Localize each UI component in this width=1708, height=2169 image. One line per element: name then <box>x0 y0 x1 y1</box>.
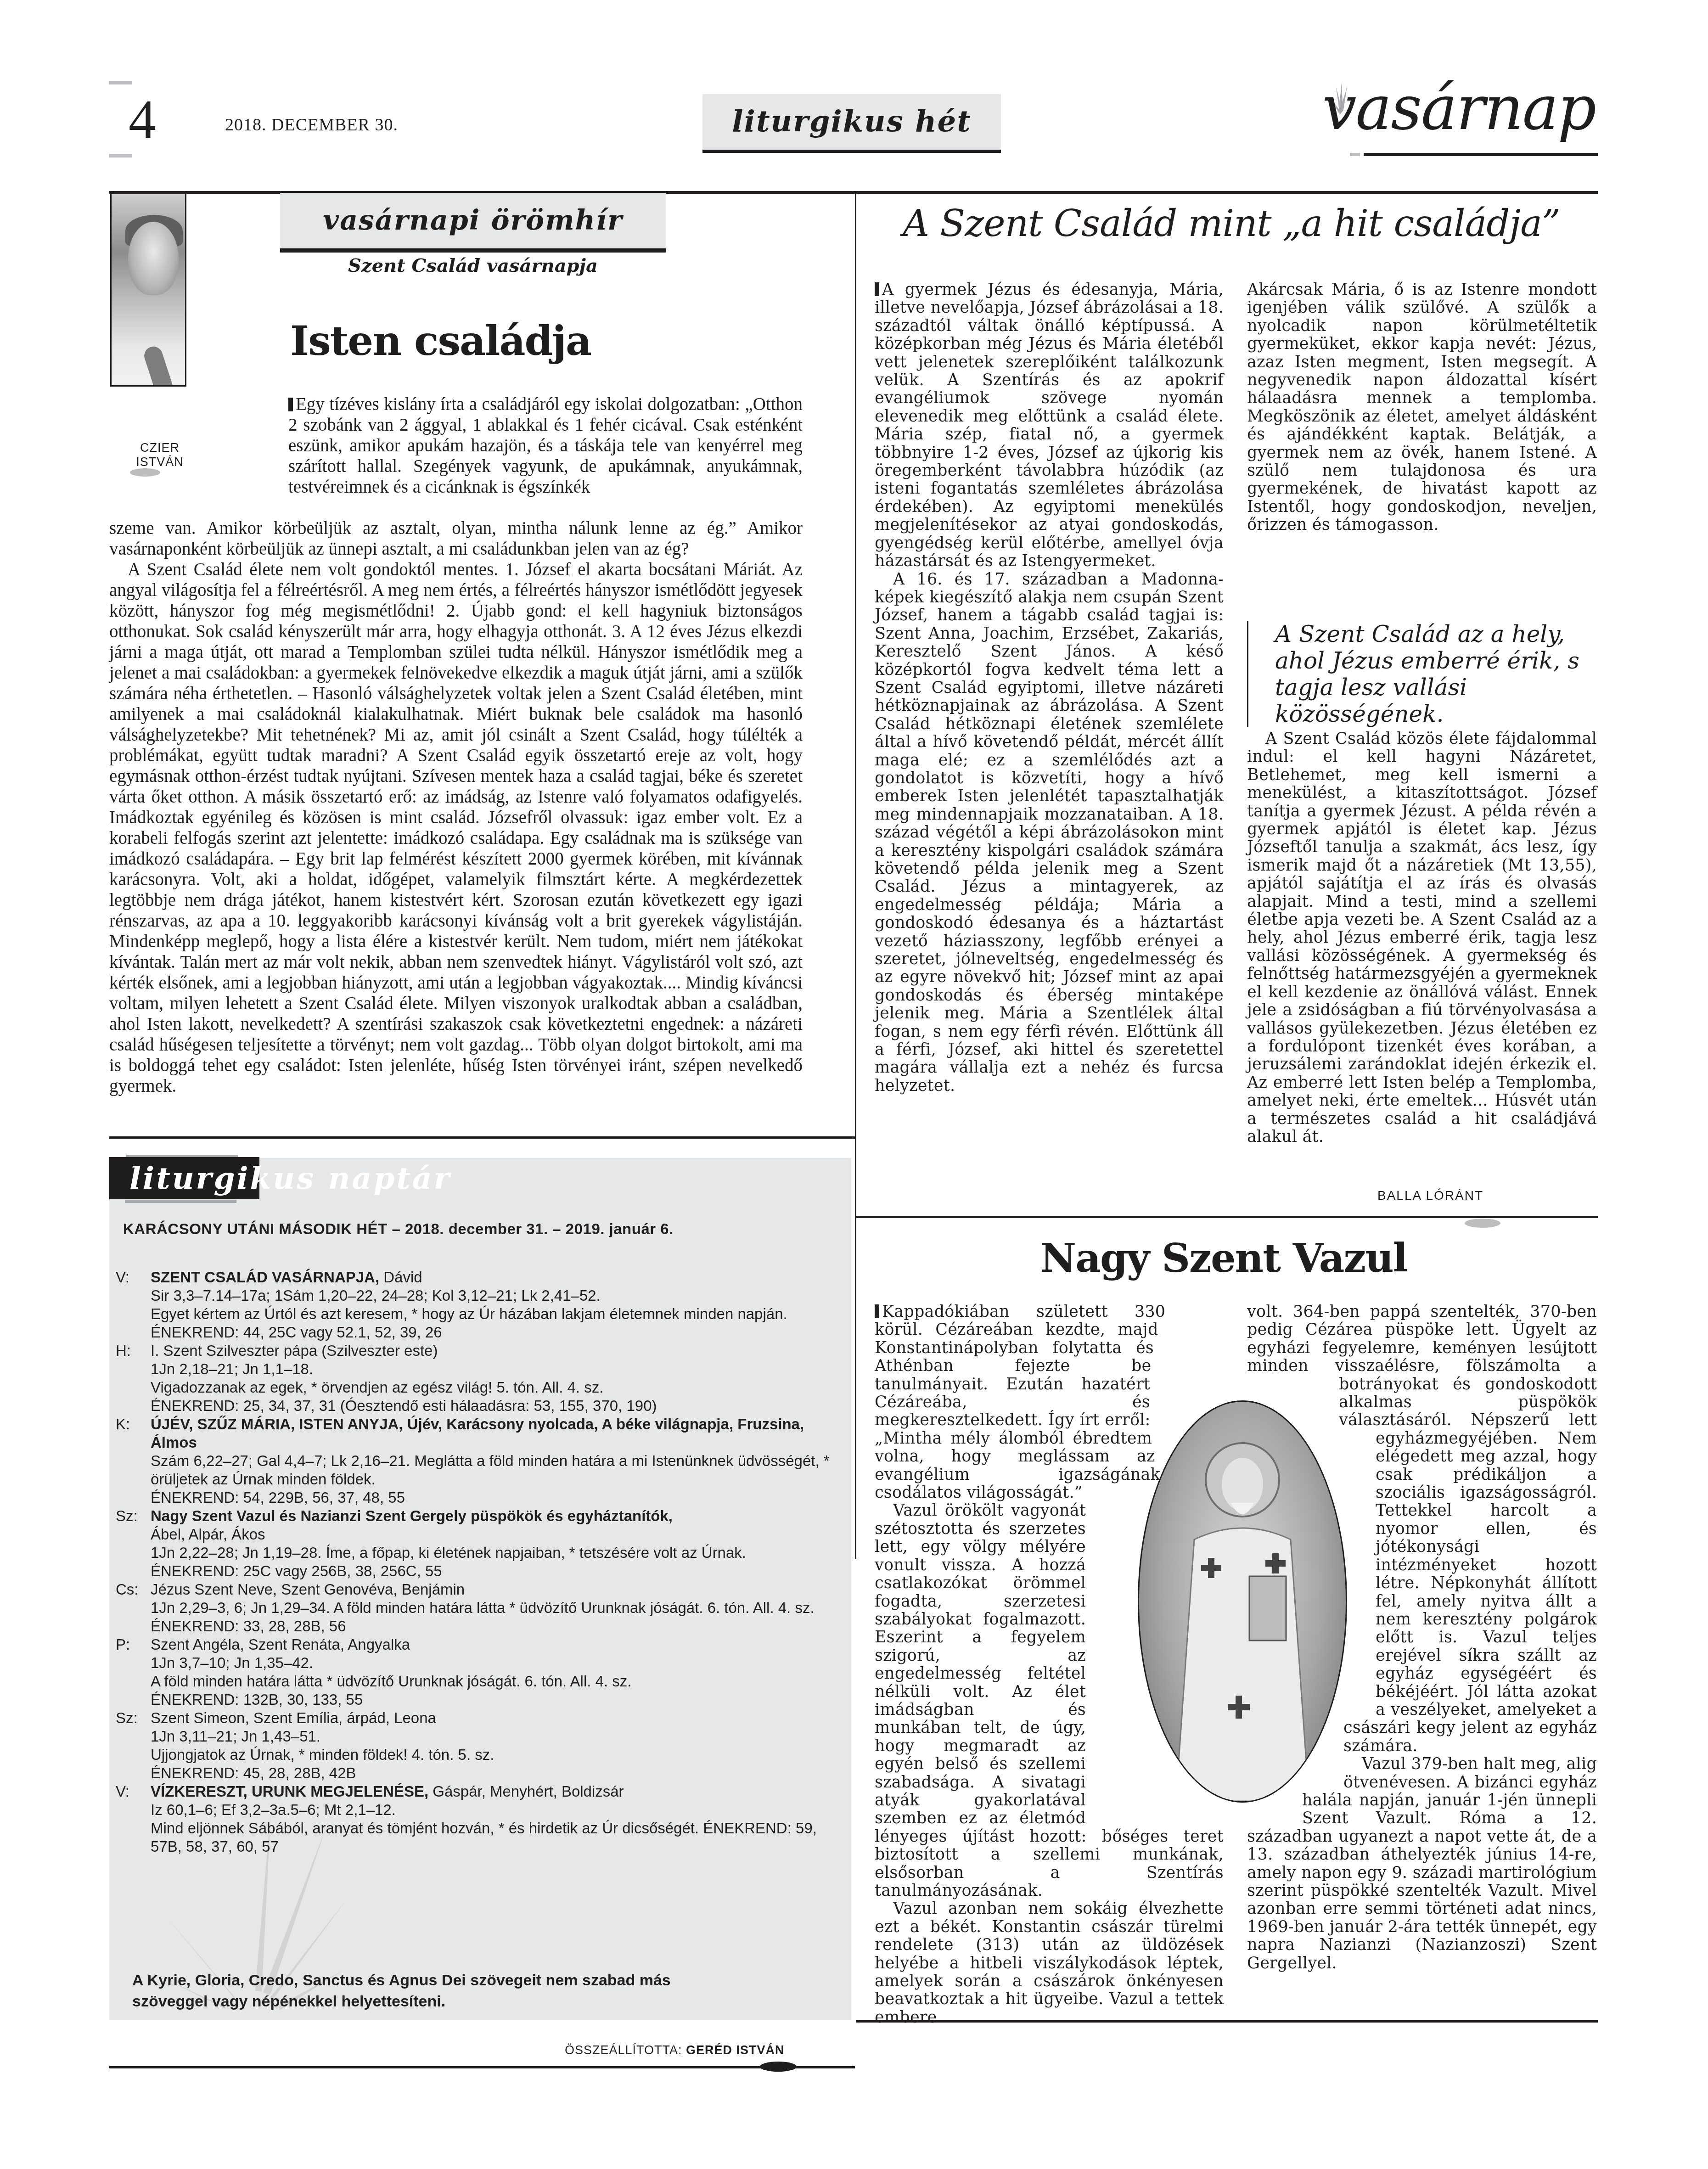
calendar-day: V:SZENT CSALÁD VASÁRNAPJA, DávidSir 3,3–… <box>116 1268 832 1342</box>
article-title: Isten családja <box>290 317 591 365</box>
calendar-day: Sz:Nagy Szent Vazul és Nazianzi Szent Ge… <box>116 1507 832 1580</box>
calendar-week-title: KARÁCSONY UTÁNI MÁSODIK HÉT – 2018. dece… <box>123 1220 674 1238</box>
calendar-day: H:I. Szent Szilveszter pápa (Szilveszter… <box>116 1342 832 1415</box>
article-body: szeme van. Amikor körbeüljük az asztalt,… <box>109 518 803 1096</box>
calendar-days: V:SZENT CSALÁD VASÁRNAPJA, DávidSir 3,3–… <box>116 1268 832 1856</box>
paragraph-marker-icon <box>288 398 293 411</box>
article-paragraph: szeme van. Amikor körbeüljük az asztalt,… <box>109 518 803 559</box>
rule-ornament <box>1465 1219 1500 1228</box>
pull-quote: A Szent Család az a hely, ahol Jézus emb… <box>1247 621 1587 727</box>
paragraph-marker-icon <box>875 282 879 296</box>
calendar-note: A Kyrie, Gloria, Credo, Sanctus és Agnus… <box>132 1970 729 2012</box>
calendar-tab-accent <box>125 1200 236 1203</box>
page-number-bar-top <box>109 81 132 84</box>
author-photo <box>110 193 186 387</box>
feature-byline: BALLA LÓRÁNT <box>1377 1188 1483 1203</box>
microphone-icon <box>142 344 175 387</box>
saint-column-1: Kappadókiában született 330 körül. Cézár… <box>875 1303 1224 2027</box>
article-lead: Egy tízéves kislány írta a családjáról e… <box>288 394 803 497</box>
saint-article-title: Nagy Szent Vazul <box>859 1235 1589 1281</box>
calendar-day: Cs:Jézus Szent Neve, Szent Genovéva, Ben… <box>116 1580 832 1635</box>
caption-ornament <box>130 468 160 477</box>
saint-column-2: volt. 364-ben pappá szentelték, 370-ben … <box>1247 1303 1597 1972</box>
saint-bottom-rule <box>856 2020 1598 2023</box>
issue-date: 2018. DECEMBER 30. <box>225 115 398 135</box>
section-rule <box>109 1136 855 1139</box>
calendar-day: K:ÚJÉV, SZŰZ MÁRIA, ISTEN ANYJA, Újév, K… <box>116 1415 832 1507</box>
section-tab: liturgikus hét <box>702 94 1001 153</box>
feature-paragraph: A 16. és 17. században a Madonna-képek k… <box>875 571 1224 1096</box>
calendar-bottom-rule <box>109 2066 855 2068</box>
calendar-ornament <box>760 2062 797 2072</box>
calendar-day: Sz:Szent Simeon, Szent Emília, árpád, Le… <box>116 1709 832 1782</box>
calendar-title: liturgikus naptár <box>129 1157 451 1199</box>
calendar-credit: ÖSSZEÁLLÍTOTTA: GERÉD ISTVÁN <box>565 2043 785 2057</box>
feature-column-2-cont: A Szent Család közös élete fájdalommal i… <box>1247 730 1597 1146</box>
feature-column-1: A gyermek Jézus és édesanyja, Mária, ill… <box>875 281 1224 1095</box>
feature-column-2: Akárcsak Mária, ő is az Istenre mondott … <box>1247 281 1597 534</box>
column-title: vasárnapi örömhír <box>280 193 666 248</box>
feature-title: A Szent Család mint „a hit családja” <box>873 202 1590 245</box>
newspaper-logo: vasárnap <box>1322 78 1596 139</box>
paragraph-marker-icon <box>875 1304 879 1318</box>
author-caption: CZIER ISTVÁN <box>118 441 201 469</box>
column-subtitle: Szent Család vasárnapja <box>280 255 666 276</box>
calendar-day: P:Szent Angéla, Szent Renáta, Angyalka1J… <box>116 1635 832 1709</box>
calendar-header: liturgikus naptár <box>109 1157 259 1199</box>
logo-underline-gray <box>1350 153 1360 156</box>
calendar-day: V:VÍZKERESZT, URUNK MEGJELENÉSE, Gáspár,… <box>116 1782 832 1856</box>
page-number: 4 <box>129 92 156 147</box>
column-divider <box>855 191 856 1559</box>
feature-bottom-rule <box>856 1216 1598 1218</box>
column-header: vasárnapi örömhír <box>280 193 666 253</box>
section-tab-label: liturgikus hét <box>702 94 1001 149</box>
article-paragraph: A Szent Család élete nem volt gondoktól … <box>109 559 803 1096</box>
page-number-bar-bottom <box>109 154 132 157</box>
logo-underline <box>1364 153 1598 156</box>
